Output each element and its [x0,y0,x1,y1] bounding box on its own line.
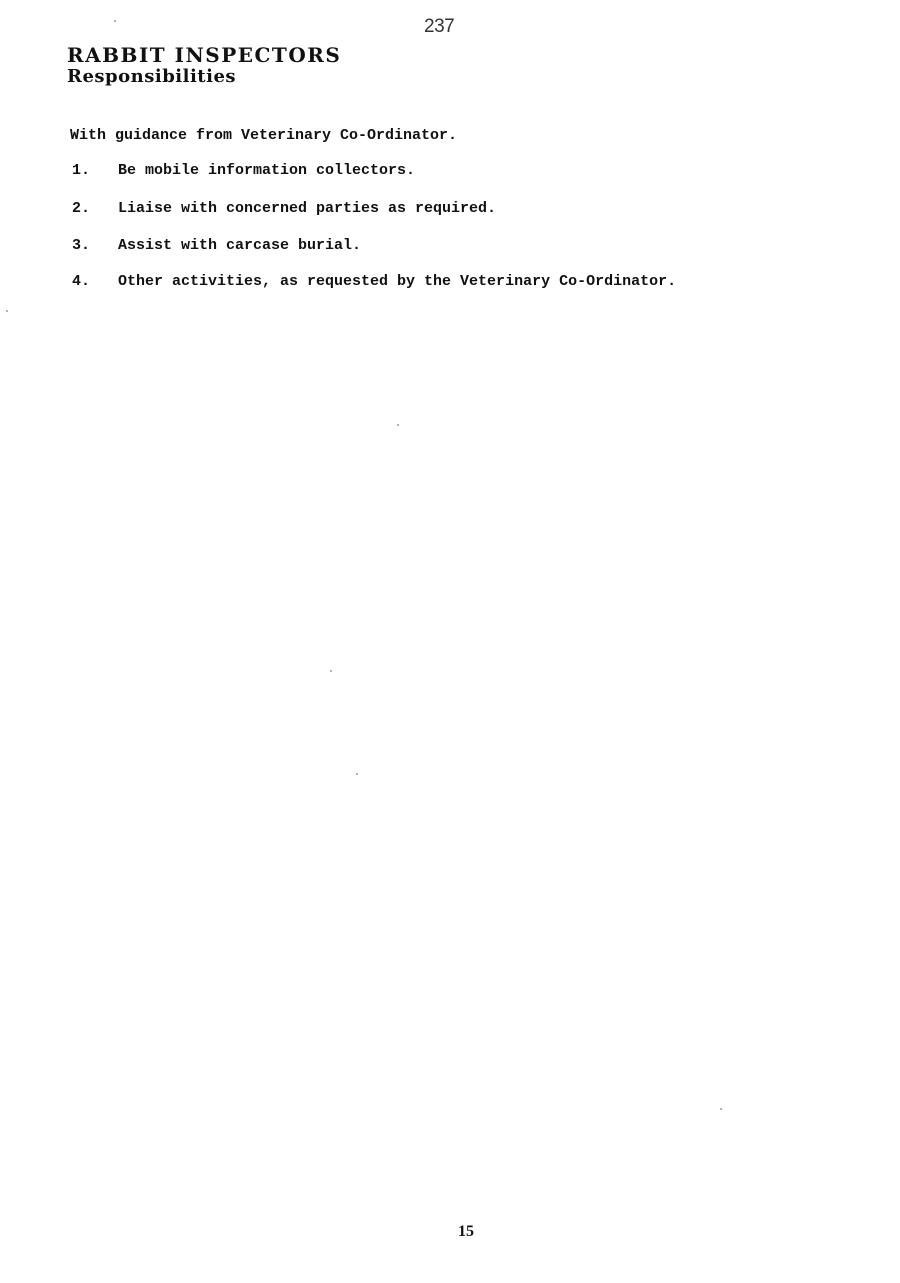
list-item: 3.Assist with carcase burial. [72,237,361,254]
document-subtitle: Responsibilities [67,68,236,86]
scan-speck [330,670,332,672]
list-item: 2.Liaise with concerned parties as requi… [72,200,496,217]
list-item-number: 3. [72,237,118,254]
list-item: 1.Be mobile information collectors. [72,162,415,179]
list-item-text: Liaise with concerned parties as require… [118,200,496,217]
page-number: 15 [458,1223,474,1241]
scan-speck [397,424,399,426]
document-title: RABBIT INSPECTORS [67,45,341,65]
list-item-number: 4. [72,273,118,290]
list-item-text: Assist with carcase burial. [118,237,361,254]
scan-speck [114,20,116,22]
intro-text: With guidance from Veterinary Co-Ordinat… [70,127,457,144]
handwritten-page-stamp: 237 [424,16,454,38]
list-item-text: Other activities, as requested by the Ve… [118,273,676,290]
scan-speck [6,310,8,312]
list-item: 4.Other activities, as requested by the … [72,273,676,290]
list-item-number: 1. [72,162,118,179]
scan-speck [720,1108,722,1110]
list-item-number: 2. [72,200,118,217]
scan-speck [356,773,358,775]
list-item-text: Be mobile information collectors. [118,162,415,179]
